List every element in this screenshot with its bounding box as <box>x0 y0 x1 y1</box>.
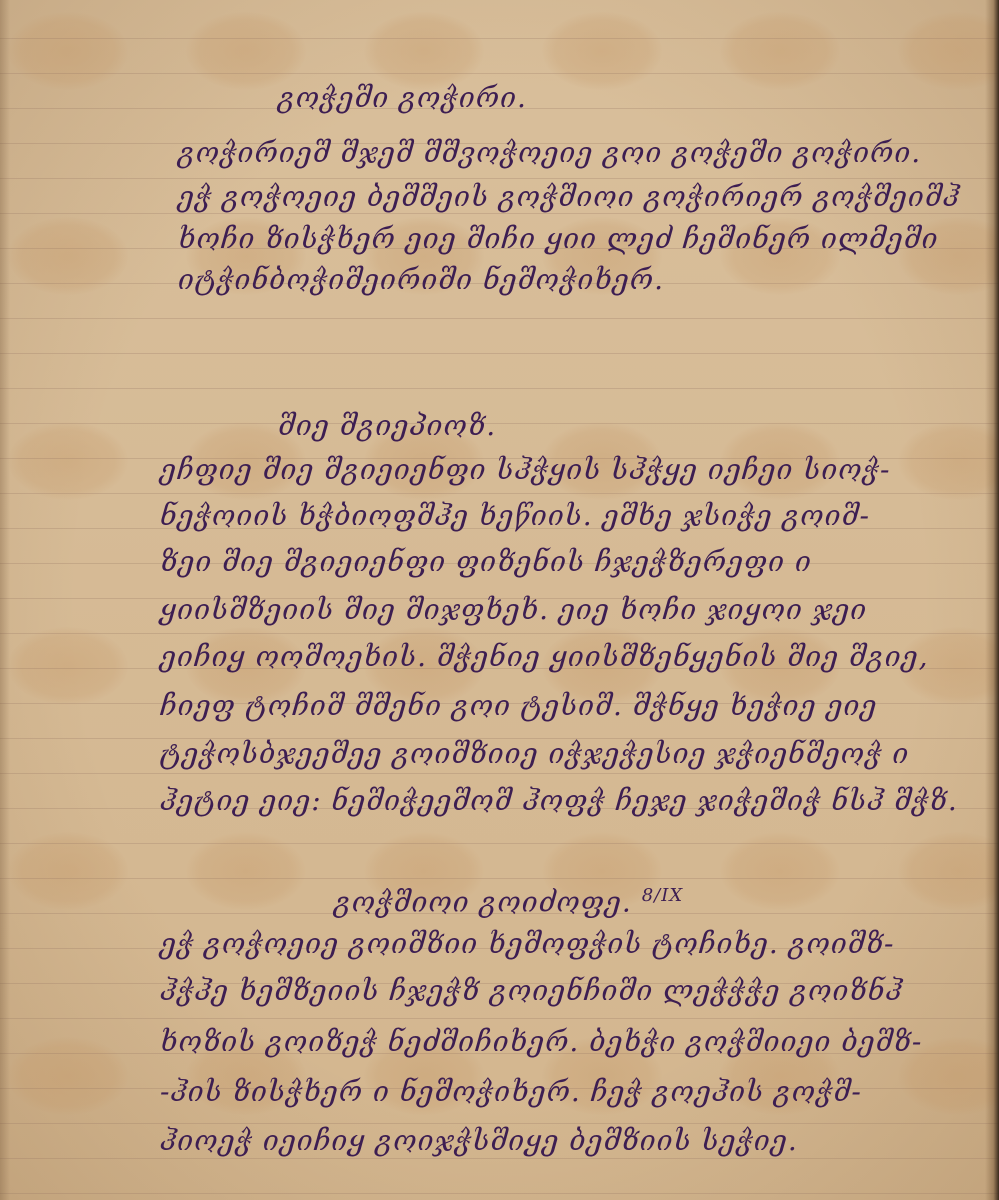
paper-stain <box>8 12 128 90</box>
ruled-line <box>0 178 999 179</box>
text-line: ეჭ გოჭოეიე ბეშშეის გოჭშიოი გოჭირიერ გოჭშ… <box>178 183 960 211</box>
paper-stain <box>898 832 999 910</box>
ruled-line <box>0 388 999 389</box>
text-line: ჰიოეჭ იეიჩიყ გოიჯჭსშიყე ბეშზიის სეჭიე. <box>160 1127 798 1155</box>
paper-stain <box>542 12 662 90</box>
paper-stain <box>8 627 128 705</box>
ruled-line <box>0 493 999 494</box>
ruled-line <box>0 1018 999 1019</box>
section-heading: გოჭშიოი გოიძოფე. 8/IX <box>334 887 683 916</box>
paper-stain <box>364 12 484 90</box>
ruled-line <box>0 353 999 354</box>
ruled-line <box>0 423 999 424</box>
text-line: ჩიეფ ტოჩიშ შშენი გოი ტესიშ. შჭნყე ხეჭიე … <box>160 692 877 720</box>
page-edge-left <box>0 0 10 1200</box>
text-line: ეჭ გოჭოეიე გოიშზიი ხეშოფჭის ტოჩიხე. გოიშ… <box>160 930 895 958</box>
ruled-line <box>0 633 999 634</box>
paper-stain <box>720 832 840 910</box>
paper-stain <box>898 12 999 90</box>
text-line: ჰჭჰე ხეშზეიის ჩჯეჭზ გოიენჩიში ლეჭჭჭე გოი… <box>160 977 903 1005</box>
text-line: ხოჩი ზისჭხერ ეიე შიჩი ყიი ლეძ ჩეშინერ ილ… <box>178 225 939 253</box>
paper-stain <box>720 12 840 90</box>
ruled-line <box>0 1158 999 1159</box>
ruled-line <box>0 1193 999 1194</box>
text-line: ხოზის გოიზეჭ ნეძშიჩიხერ. ბეხჭი გოჭშიიეი … <box>160 1028 922 1056</box>
text-line: ეჩფიე შიე შგიეიენფი სჰჭყის სჰჭყე იეჩეი ს… <box>160 456 891 484</box>
ruled-line <box>0 843 999 844</box>
paper-stain <box>8 217 128 295</box>
text-line: გოჭირიეშ შჯეშ შშვოჭოეიე გოი გოჭეში გოჭირ… <box>178 139 921 167</box>
date-mark: 8/IX <box>642 885 683 906</box>
ruled-line <box>0 38 999 39</box>
text-line: ზეი შიე შგიეიენფი ფიზენის ჩჯეჭზერეფი ი <box>160 548 812 576</box>
ruled-line <box>0 213 999 214</box>
paper-stain <box>8 1037 128 1115</box>
page-edge-right <box>985 0 999 1200</box>
section-heading: შიე შგიეპიოზ. <box>278 412 496 440</box>
paper-stain <box>186 832 306 910</box>
text-line: ნეჭოიის ხჭბიოფშჰე ხეწიის. ეშხე ჯსიჭე გოი… <box>160 502 870 530</box>
text-line: ტეჭოსბჯეეშეე გოიშზიიე იჭჯეჭესიე ჯჭიენშეო… <box>160 740 909 768</box>
manuscript-page: გოჭეში გოჭირი. გოჭირიეშ შჯეშ შშვოჭოეიე გ… <box>0 0 999 1200</box>
text-line: ჰეტიე ეიე: ნეშიჭეეშოშ ჰოფჭ ჩეჯე ჯიჭეშიჭ … <box>160 787 958 815</box>
ruled-line <box>0 318 999 319</box>
text-line: იტჭინბოჭიშეირიში ნეშოჭიხერ. <box>178 266 664 294</box>
paper-stain <box>186 12 306 90</box>
text-line: -ჰის ზისჭხერ ი ნეშოჭიხერ. ჩეჭ გოეჰის გოჭ… <box>160 1078 862 1106</box>
ruled-line <box>0 773 999 774</box>
paper-stain <box>898 422 999 500</box>
ruled-line <box>0 878 999 879</box>
section-heading: გოჭეში გოჭირი. <box>278 84 527 112</box>
heading-text: გოჭშიოი გოიძოფე. <box>334 885 632 918</box>
text-line: ეიჩიყ ოოშოეხის. შჭენიე ყიისშზენყენის შიე… <box>160 643 929 671</box>
paper-stain <box>8 422 128 500</box>
text-line: ყიისშზეიის შიე შიჯფხეხ. ეიე ხოჩი ჯიყოი ჯ… <box>160 596 867 624</box>
paper-stain <box>8 832 128 910</box>
ruled-line <box>0 73 999 74</box>
